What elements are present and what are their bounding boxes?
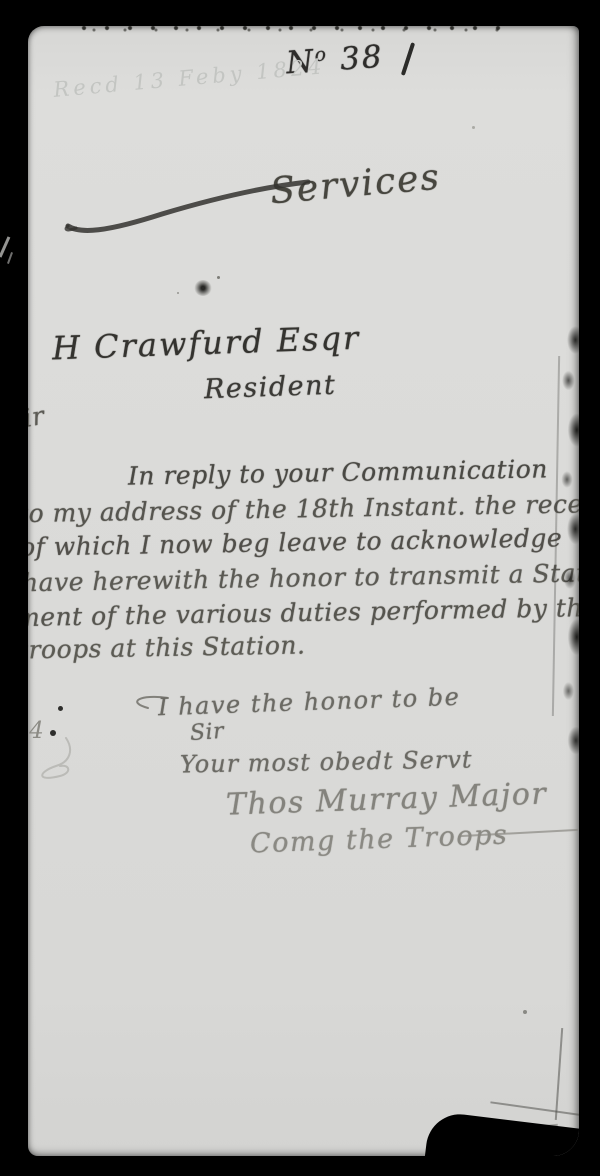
body-line: ment of the various duties performed by …: [28, 593, 579, 632]
paper-edge-specks: [80, 26, 510, 35]
body-line: to my address of the 18th Instant. the r…: [28, 489, 579, 528]
body-line: troops at this Station.: [28, 630, 306, 664]
paper-speck: [177, 292, 179, 294]
body-line: of which I now beg leave to acknowledge: [28, 523, 562, 561]
signature-title: Comg the Troops: [250, 820, 509, 860]
scan-background: { "scan": { "background_color": "#000000…: [0, 0, 600, 1176]
paper-speck: [523, 1010, 527, 1014]
closing-line: Sir: [189, 719, 225, 746]
closing-line: Your most obedt Servt: [180, 745, 473, 778]
body-line: have herewith the honor to transmit a St…: [28, 558, 579, 597]
docket-tick-mark: [401, 42, 415, 76]
mat-scratch-mark: [7, 252, 13, 264]
body-line: In reply to your Communication: [128, 454, 548, 490]
ink-dot: [58, 706, 63, 711]
ink-blot: [194, 280, 212, 296]
heading-flourish-stroke: [62, 174, 312, 234]
signature-name: Thos Murray Major: [225, 776, 547, 822]
addressee-title: Resident: [203, 370, 336, 406]
paper-speck: [217, 276, 220, 279]
closing-line: I have the honor to be: [158, 683, 461, 722]
mat-scratch-mark: [0, 236, 10, 257]
paper-speck: [472, 126, 475, 129]
paper-crease: [555, 1028, 563, 1120]
received-note: Recd 13 Feby 1824: [52, 54, 326, 102]
margin-pencil-squiggle: [34, 736, 86, 782]
letter-page: No 38 Recd 13 Feby 1824 Services H Crawf…: [28, 26, 579, 1156]
paper-crease: [490, 1101, 579, 1116]
addressee-name: H Crawfurd Esqr: [51, 319, 360, 368]
document-scan: No 38 Recd 13 Feby 1824 Services H Crawf…: [0, 0, 600, 1176]
salutation: Sir: [28, 401, 47, 436]
docket-number-value: 38: [339, 39, 385, 78]
